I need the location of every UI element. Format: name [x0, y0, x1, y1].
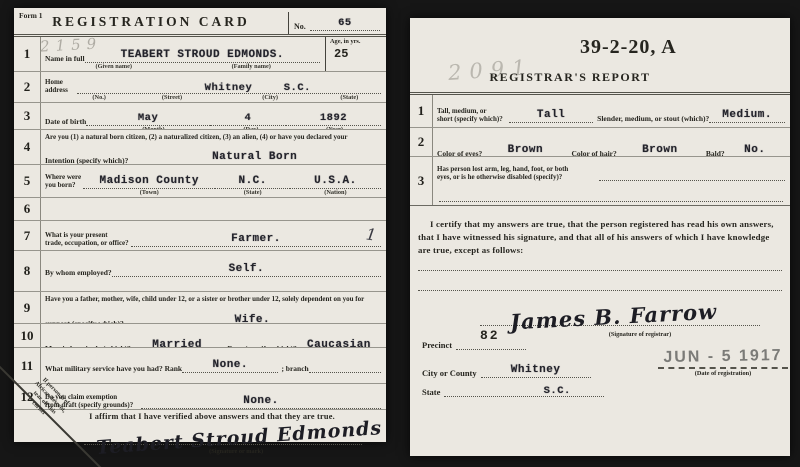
city-county-label: City or County	[422, 368, 477, 378]
employed-by-value: Self.	[229, 264, 265, 276]
row-employer: 8 By whom employed? Self. Where employed…	[14, 251, 386, 292]
military-rank-value: None.	[213, 360, 249, 372]
citizenship-value: Natural Born	[212, 152, 297, 164]
citizenship-field: Are you (1) a natural born citizen, (2) …	[41, 130, 386, 164]
row-home-address: 2 Home address Whitney S.C. (No.) (Stree…	[14, 72, 386, 103]
state-value: S.C.	[544, 386, 571, 397]
address-state-caption: (State)	[318, 94, 381, 101]
precinct-line: Precinct 82	[422, 340, 637, 350]
marital-status-value: Married	[152, 340, 202, 348]
birthplace-state-value: N.C.	[238, 176, 266, 188]
registrar-signature-line: James B. Farrow (Signature of registrar)	[480, 300, 760, 334]
address-city-caption: (City)	[223, 94, 318, 101]
row-number: 1	[410, 95, 433, 127]
card-number-value: 65	[338, 18, 352, 29]
occupation-label: What is your present trade, occupation, …	[45, 231, 131, 247]
row-number: 6	[14, 198, 41, 220]
eye-color-label: Color of eyes?	[437, 149, 482, 157]
date-stamp-block: JUN - 5 1917 (Date of registration)	[658, 348, 788, 377]
registrars-report-rows: 1 Tall, medium, or short (specify which)…	[410, 92, 790, 206]
home-address-field: Home address Whitney S.C. (No.) (Street)…	[41, 72, 386, 102]
birthplace-nation-value: U.S.A.	[314, 176, 357, 188]
eyes-hair-field: Color of eyes? Brown Color of hair? Brow…	[433, 128, 790, 156]
citizenship-question-line2: Intention (specify which)?	[45, 156, 128, 165]
registration-card-title: REGISTRATION CARD	[14, 14, 288, 34]
home-address-label: Home address	[45, 78, 77, 94]
birthplace-label-line1: Where were	[45, 173, 81, 181]
registrant-signature-line: Teabert Stroud Edmonds (Signature or mar…	[84, 423, 362, 453]
row-occupation: 7 What is your present trade, occupation…	[14, 221, 386, 251]
date-caption: (Date of registration)	[658, 370, 788, 377]
signature-caption: (Signature or mark)	[209, 448, 263, 455]
bald-value: No.	[744, 145, 765, 157]
birthplace-label: Where were you born?	[45, 173, 83, 189]
registration-card: Form 1 REGISTRATION CARD No. 65 2159 1 N…	[14, 8, 386, 442]
occupation-label-line1: What is your present	[45, 231, 108, 239]
registrar-signature-caption: (Signature of registrar)	[609, 331, 671, 338]
height-build-field: Tall, medium, or short (specify which)? …	[433, 95, 790, 127]
precinct-rule	[456, 349, 526, 350]
date-stamp-rule	[658, 367, 788, 369]
disability-label-line1: Has person lost arm, leg, hand, foot, or…	[437, 165, 568, 173]
military-service-field: What military service have you had? Rank…	[41, 348, 386, 383]
build-value: Medium.	[722, 110, 772, 122]
precinct-label: Precinct	[422, 340, 452, 350]
dependents-value: Wife.	[235, 315, 271, 324]
citizenship-question-line1: Are you (1) a natural born citizen, (2) …	[45, 133, 381, 142]
height-label: Tall, medium, or short (specify which)?	[437, 107, 509, 123]
birthplace-nation-caption: (Nation)	[290, 189, 381, 196]
name-value: TEABERT STROUD EDMONDS.	[121, 50, 284, 62]
registrars-report-card: 39-2-20, A 2091 REGISTRAR'S REPORT 1 Tal…	[410, 18, 790, 456]
birth-year-value: 1892	[320, 113, 347, 124]
build-label: Slender, medium, or stout (which)?	[597, 114, 709, 123]
row-birthplace: 5 Where were you born? Madison County N.…	[14, 165, 386, 198]
row-height-build: 1 Tall, medium, or short (specify which)…	[410, 95, 790, 128]
row-number: 10	[14, 324, 41, 347]
disability-field: Has person lost arm, leg, hand, foot, or…	[433, 157, 790, 205]
age-value: 25	[334, 47, 382, 61]
exemption-field: Do you claim exemption from draft (speci…	[41, 384, 386, 409]
dependents-field: Have you a father, mother, wife, child u…	[41, 292, 386, 323]
card-number-box: No. 65	[288, 12, 386, 34]
exception-line-1	[418, 270, 782, 271]
city-county-line: City or County Whitney	[422, 359, 637, 378]
hair-color-value: Brown	[642, 145, 678, 157]
state-line: State S.C.	[422, 387, 637, 397]
exemption-value: None.	[243, 396, 279, 408]
form-number-label: Form 1	[19, 11, 43, 20]
disability-extra-line	[439, 193, 783, 202]
row-date-of-birth: 3 Date of birth May 4 1892 (Month) (Day)…	[14, 103, 386, 130]
exception-line-2	[418, 290, 782, 291]
row-number: 3	[14, 103, 41, 129]
military-rank-label: What military service have you had? Rank	[45, 364, 182, 373]
row-number: 1	[14, 37, 41, 71]
city-county-value: Whitney	[511, 365, 561, 377]
name-label: Name in full	[45, 54, 85, 63]
age-label: Age, in yrs.	[330, 38, 382, 45]
row-name: 1 Name in full TEABERT STROUD EDMONDS. (…	[14, 37, 386, 72]
row-citizenship: 4 Are you (1) a natural born citizen, (2…	[14, 130, 386, 165]
height-label-line1: Tall, medium, or	[437, 107, 487, 115]
birthplace-state-caption: (State)	[215, 189, 290, 196]
row-number: 9	[14, 292, 41, 323]
row-number: 3	[410, 157, 433, 205]
employed-by-label: By whom employed?	[45, 268, 112, 277]
row-military-service: 11 What military service have you had? R…	[14, 348, 386, 384]
precinct-value: 82	[480, 328, 500, 343]
birth-month-value: May	[138, 113, 158, 124]
registration-card-header: Form 1 REGISTRATION CARD No. 65	[14, 8, 386, 37]
hair-color-label: Color of hair?	[571, 149, 616, 157]
foreign-citizenship-field: If not a citizen, of what country are yo…	[41, 198, 386, 220]
dependents-question-line1: Have you a father, mother, wife, child u…	[45, 295, 381, 304]
row-marital-race: 10 Married or single (which)? Married Ra…	[14, 324, 386, 348]
row-foreign-citizenship: 6 If not a citizen, of what country are …	[14, 198, 386, 221]
row-number: 2	[410, 128, 433, 156]
address-no-caption: (No.)	[77, 94, 121, 101]
birthplace-label-line2: you born?	[45, 181, 76, 189]
row-number: 7	[14, 221, 41, 250]
race-value: Caucasian	[307, 340, 371, 348]
row-eyes-hair: 2 Color of eyes? Brown Color of hair? Br…	[410, 128, 790, 157]
location-block: Precinct 82 City or County Whitney State…	[422, 340, 637, 406]
name-field: Name in full TEABERT STROUD EDMONDS. (Gi…	[41, 37, 325, 71]
row-number: 4	[14, 130, 41, 164]
address-street-caption: (Street)	[121, 94, 222, 101]
birthplace-town-value: Madison County	[100, 176, 199, 188]
given-name-caption: (Given name)	[45, 63, 183, 70]
birthplace-town-caption: (Town)	[83, 189, 215, 196]
family-name-caption: (Family name)	[183, 63, 321, 70]
disability-label: Has person lost arm, leg, hand, foot, or…	[437, 165, 599, 181]
occupation-label-line2: trade, occupation, or office?	[45, 239, 129, 247]
row-number: 2	[14, 72, 41, 102]
division-code: 39-2-20, A	[580, 36, 677, 59]
address-state-value: S.C.	[284, 83, 311, 94]
registration-date-stamp: JUN - 5 1917	[658, 347, 788, 367]
height-value: Tall	[537, 110, 565, 122]
age-box: Age, in yrs. 25	[325, 37, 386, 71]
date-of-birth-label: Date of birth	[45, 117, 86, 126]
height-label-line2: short (specify which)?	[437, 115, 503, 123]
marital-race-field: Married or single (which)? Married Race …	[41, 324, 386, 347]
card-number-label: No.	[294, 22, 306, 31]
occupation-field: What is your present trade, occupation, …	[41, 221, 386, 250]
military-branch-label: ; branch	[281, 364, 308, 373]
row-disability: 3 Has person lost arm, leg, hand, foot, …	[410, 157, 790, 206]
row-number: 8	[14, 251, 41, 291]
employer-field: By whom employed? Self. Where employed? …	[41, 251, 386, 291]
registrars-report-title: REGISTRAR'S REPORT	[410, 70, 730, 85]
birthplace-field: Where were you born? Madison County N.C.…	[41, 165, 386, 197]
birth-day-value: 4	[244, 113, 251, 124]
registrar-certification-text: I certify that my answers are true, that…	[418, 218, 782, 258]
bald-label: Bald?	[706, 149, 725, 157]
row-dependents: 9 Have you a father, mother, wife, child…	[14, 292, 386, 324]
state-label: State	[422, 387, 440, 397]
occupation-value: Farmer.	[231, 234, 281, 246]
eye-color-value: Brown	[508, 145, 544, 157]
disability-label-line2: eyes, or is he otherwise disabled (speci…	[437, 173, 562, 181]
registrar-signature: James B. Farrow	[509, 299, 717, 335]
row-number: 5	[14, 165, 41, 197]
address-city-value: Whitney	[205, 83, 253, 94]
date-of-birth-field: Date of birth May 4 1892 (Month) (Day) (…	[41, 103, 386, 129]
